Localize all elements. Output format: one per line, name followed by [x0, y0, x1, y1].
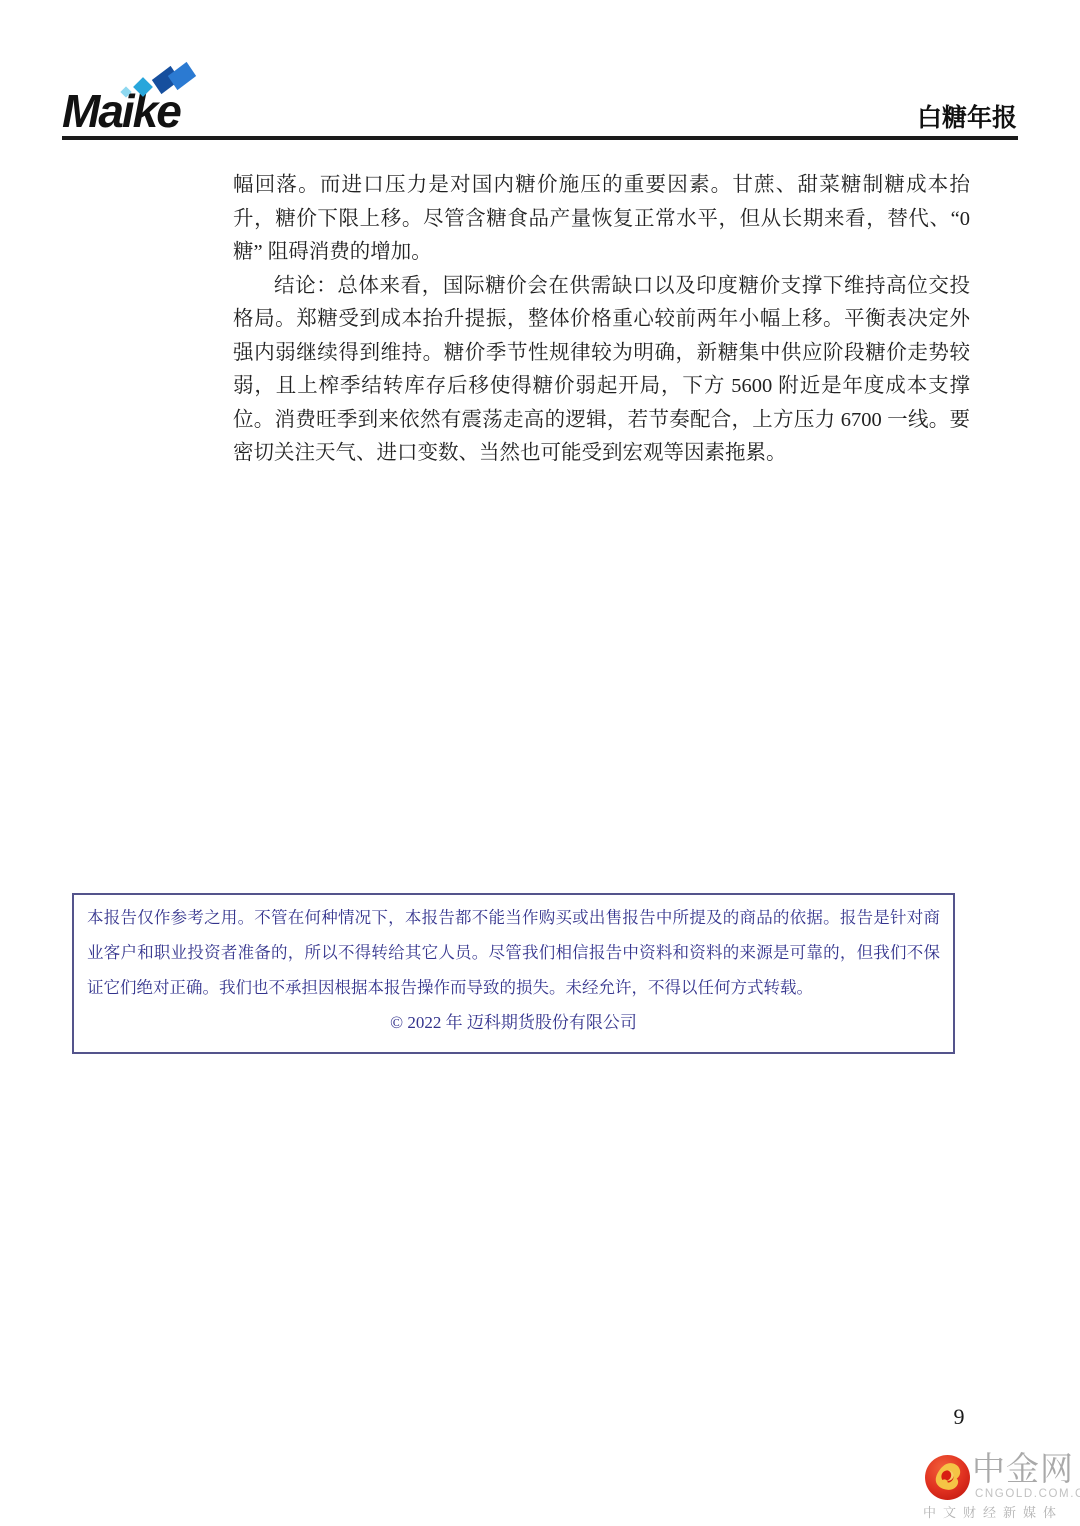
header-divider	[62, 136, 1018, 140]
cngold-tagline: 中文财经新媒体	[923, 1502, 1063, 1521]
cngold-domain: CNGOLD.COM.CN	[975, 1488, 1080, 1500]
page-number: 9	[944, 1404, 974, 1430]
maike-logo-diamonds-icon	[120, 66, 210, 106]
disclaimer-box: 本报告仅作参考之用。不管在何种情况下，本报告都不能当作购买或出售报告中所提及的商…	[72, 893, 955, 1054]
report-title: 白糖年报	[917, 98, 1017, 134]
paragraph-continuation: 幅回落。而进口压力是对国内糖价施压的重要因素。甘蔗、甜菜糖制糖成本抬升，糖价下限…	[233, 169, 970, 270]
copyright-line: © 2022 年 迈科期货股份有限公司	[87, 1005, 940, 1040]
diamond-icon	[120, 86, 131, 97]
maike-logo: Maike	[62, 72, 262, 134]
cngold-logo-icon	[924, 1454, 971, 1501]
body-text-block: 幅回落。而进口压力是对国内糖价施压的重要因素。甘蔗、甜菜糖制糖成本抬升，糖价下限…	[233, 169, 970, 471]
diamond-icon	[133, 77, 153, 97]
disclaimer-text: 本报告仅作参考之用。不管在何种情况下，本报告都不能当作购买或出售报告中所提及的商…	[87, 900, 940, 1005]
report-page: Maike 白糖年报 幅回落。而进口压力是对国内糖价施压的重要因素。甘蔗、甜菜糖…	[0, 0, 1080, 1526]
paragraph-conclusion: 结论：总体来看，国际糖价会在供需缺口以及印度糖价支撑下维持高位交投格局。郑糖受到…	[233, 270, 970, 471]
cngold-watermark: 中金网 CNGOLD.COM.CN 中文财经新媒体	[922, 1450, 1072, 1516]
cngold-name: 中金网	[972, 1452, 1074, 1486]
